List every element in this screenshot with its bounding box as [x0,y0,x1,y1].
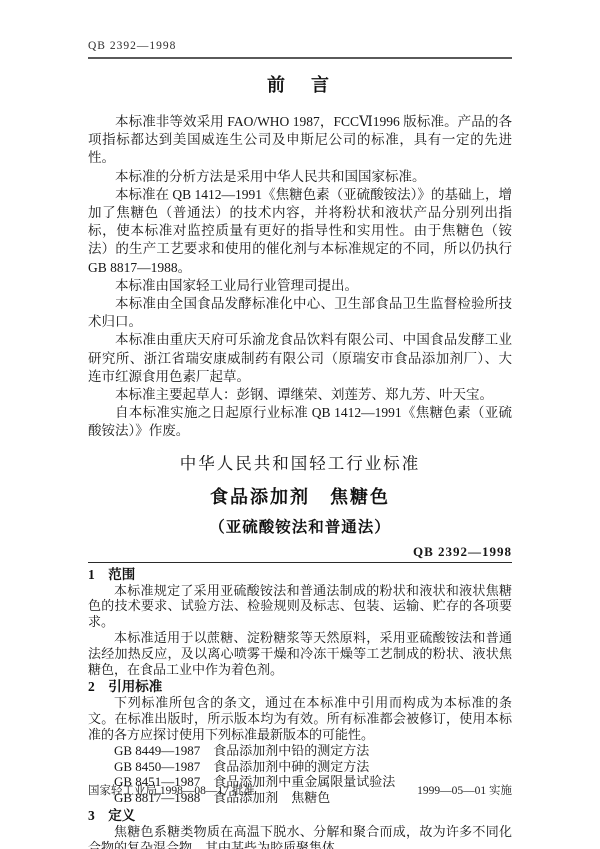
section-scope: 1 范围 本标准规定了采用亚硫酸铵法和普通法制成的粉状和液状和液状焦糖色的技术要… [88,566,512,678]
section-1-paragraph-1: 本标准规定了采用亚硫酸铵法和普通法制成的粉状和液状和液状焦糖色的技术要求、试验方… [88,583,512,630]
doc-number-inline: QB 2392—1998 [88,544,512,560]
document-page: QB 2392—1998 前 言 本标准非等效采用 FAO/WHO 1987，F… [0,0,600,849]
section-2-paragraph-1: 下列标准所包含的条文，通过在本标准中引用而构成为本标准的条文。在标准出版时，所示… [88,695,512,742]
reference-item-2: GB 8450—1987 食品添加剂中砷的测定方法 [88,759,512,775]
section-3-heading: 3 定义 [88,807,512,824]
standard-subtitle: （亚硫酸铵法和普通法） [88,517,512,538]
implementation-note: 1999—05—01 实施 [417,784,512,798]
page-header: QB 2392—1998 [88,36,512,59]
standard-title-block: 中华人民共和国轻工行业标准 食品添加剂 焦糖色 （亚硫酸铵法和普通法） [88,453,512,538]
page-footer: 国家轻工业局 1998—08—17 批准 1999—05—01 实施 [88,784,512,798]
section-2-heading: 2 引用标准 [88,678,512,695]
standard-title: 食品添加剂 焦糖色 [88,485,512,509]
foreword-paragraph-5: 本标准由全国食品发酵标准化中心、卫生部食品卫生监督检验所技术归口。 [88,295,512,331]
foreword-paragraph-1: 本标准非等效采用 FAO/WHO 1987，FCCⅥ1996 版标准。产品的各项… [88,113,512,168]
standard-org-title: 中华人民共和国轻工行业标准 [88,453,512,475]
section-rule [88,562,512,563]
foreword-paragraph-3: 本标准在 QB 1412—1991《焦糖色素（亚硫酸铵法）》的基础上，增加了焦糖… [88,186,512,277]
approval-note: 国家轻工业局 1998—08—17 批准 [88,784,255,798]
section-1-paragraph-2: 本标准适用于以蔗糖、淀粉糖浆等天然原料，采用亚硫酸铵法和普通法经加热反应，及以离… [88,630,512,677]
section-definition: 3 定义 焦糖色系糖类物质在高温下脱水、分解和聚合而成，故为许多不同化合物的复杂… [88,807,512,849]
foreword-paragraph-6: 本标准由重庆天府可乐渝龙食品饮料有限公司、中国食品发酵工业研究所、浙江省瑞安康威… [88,331,512,386]
foreword-paragraph-2: 本标准的分析方法是采用中华人民共和国国家标准。 [88,168,512,186]
doc-number-header: QB 2392—1998 [88,39,176,53]
foreword-paragraph-7: 本标准主要起草人：彭钢、谭继荣、刘莲芳、郑九芳、叶天宝。 [88,386,512,404]
section-3-paragraph-1: 焦糖色系糖类物质在高温下脱水、分解和聚合而成，故为许多不同化合物的复杂混合物，其… [88,824,512,849]
reference-item-1: GB 8449—1987 食品添加剂中铅的测定方法 [88,743,512,759]
foreword-paragraph-4: 本标准由国家轻工业局行业管理司提出。 [88,277,512,295]
foreword-paragraph-8: 自本标准实施之日起原行业标准 QB 1412—1991《焦糖色素（亚硫酸铵法）》… [88,404,512,440]
section-1-heading: 1 范围 [88,566,512,583]
header-rule [88,57,512,59]
page-content: QB 2392—1998 前 言 本标准非等效采用 FAO/WHO 1987，F… [88,36,512,849]
foreword-title: 前 言 [88,73,512,97]
